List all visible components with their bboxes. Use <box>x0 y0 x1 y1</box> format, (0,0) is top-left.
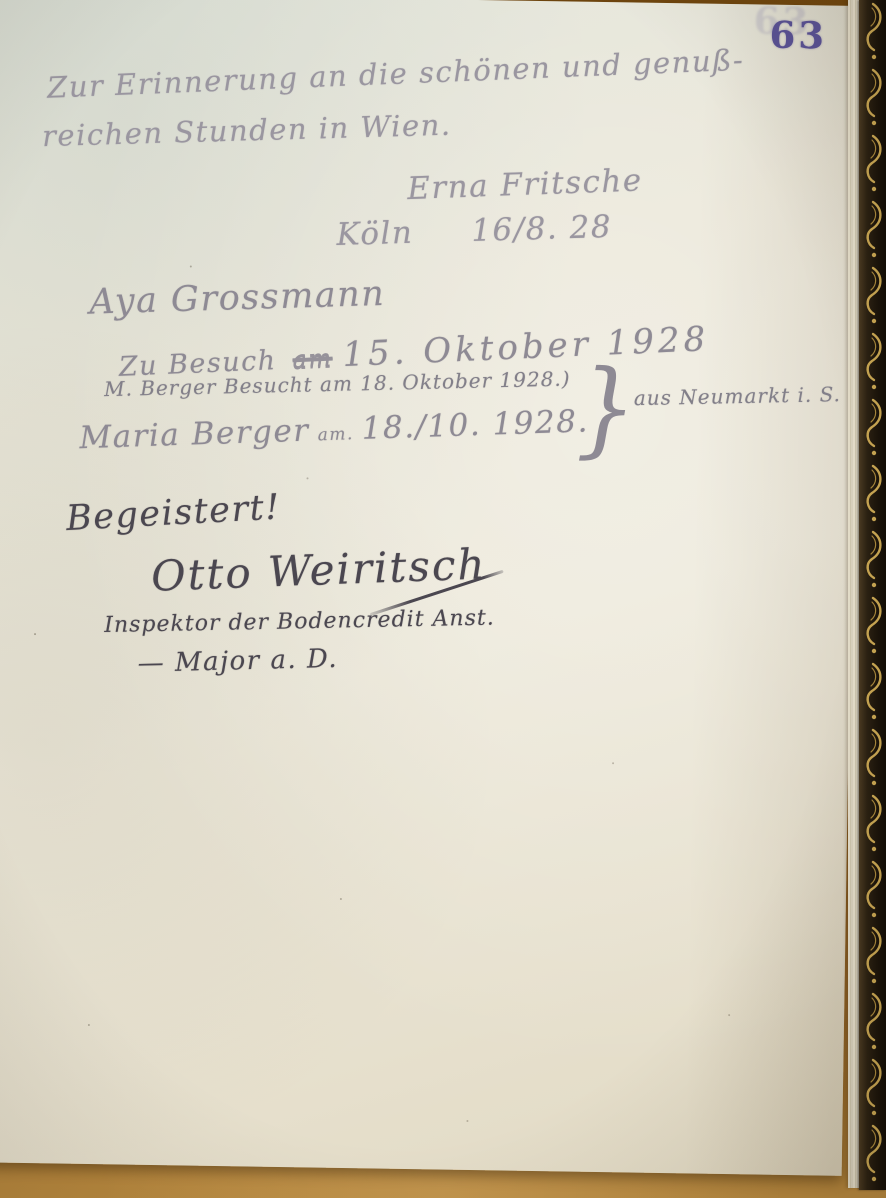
entry-erna-line2: reichen Stunden in Wien. <box>42 108 452 153</box>
entry-weiritsch-title: Inspektor der Bodencredit Anst. <box>104 606 495 638</box>
visit-struck-word: am <box>292 345 333 375</box>
photo-scene: 63 Zur Erinnerung an die schönen und gen… <box>0 0 886 1198</box>
album-page: 63 Zur Erinnerung an die schönen und gen… <box>0 0 860 1176</box>
entry-erna-place-date: Köln16/8. 28 <box>336 209 613 253</box>
maria-name: Maria Berger <box>79 413 310 457</box>
entry-erna-place: Köln <box>336 215 414 253</box>
entry-origin-note: aus Neumarkt i. S. <box>634 382 841 410</box>
page-number-stamp: 63 <box>769 13 827 58</box>
entry-grossmann-signature: Aya Grossmann <box>89 274 386 323</box>
book-binding-leather <box>859 0 886 1190</box>
maria-date: 18./10. 1928. <box>361 403 589 447</box>
entry-weiritsch-exclamation: Begeistert! <box>65 487 282 539</box>
entry-maria-berger-line: Maria Bergeram.18./10. 1928. <box>79 403 589 456</box>
entry-weiritsch-rank: — Major a. D. <box>137 644 338 679</box>
entry-erna-signature: Erna Fritsche <box>407 162 644 207</box>
entry-erna-date: 16/8. 28 <box>471 209 613 249</box>
maria-am: am. <box>317 424 354 445</box>
entry-erna-line1: Zur Erinnerung an die schönen und genuß- <box>46 43 744 105</box>
gold-tooling-ornament-icon <box>860 0 886 1198</box>
